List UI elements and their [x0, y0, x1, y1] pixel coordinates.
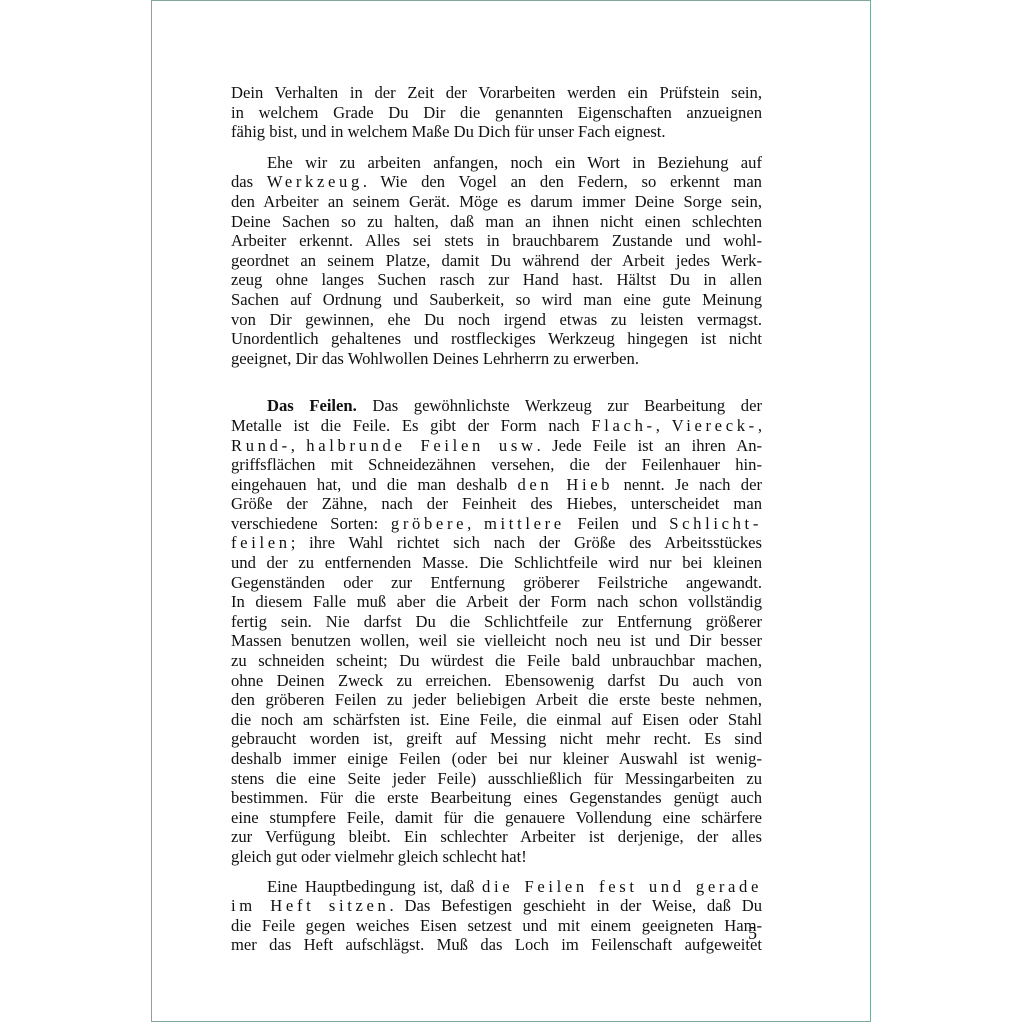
- text-line: Arbeiter erkennt. Alles sei stets in bra…: [231, 231, 762, 251]
- text-line: eine stumpfere Feile, damit für die gena…: [231, 808, 762, 828]
- text-line: zur Verfügung bleibt. Ein schlechter Arb…: [231, 827, 762, 847]
- spaced-emphasis: Flach-: [591, 416, 655, 435]
- text-line: Unordentlich gehaltenes und rostfleckige…: [231, 329, 762, 349]
- text-line: Eine Hauptbedingung ist, daß die Feilen …: [231, 877, 762, 897]
- text-line: die noch am schärfsten ist. Eine Feile, …: [231, 710, 762, 730]
- text-line: Ehe wir zu arbeiten anfangen, noch ein W…: [231, 153, 762, 173]
- text-line: Massen benutzen wollen, weil sie viellei…: [231, 631, 762, 651]
- text-line: Dein Verhalten in der Zeit der Vorarbeit…: [231, 83, 762, 103]
- page-number: 5: [748, 923, 757, 944]
- text-line: Sachen auf Ordnung und Sauberkeit, so wi…: [231, 290, 762, 310]
- text-line: mer das Heft aufschlägst. Muß das Loch i…: [231, 935, 762, 955]
- spaced-emphasis: Werkzeug: [267, 172, 363, 191]
- text-line: und der zu entfernenden Masse. Die Schli…: [231, 553, 762, 573]
- paragraph-gap: [231, 142, 762, 153]
- section-heading: Das Feilen.: [267, 396, 357, 415]
- text-line: Metalle ist die Feile. Es gibt der Form …: [231, 416, 762, 436]
- text-line: stens die eine Seite jeder Feile) aussch…: [231, 769, 762, 789]
- text-line: Das Feilen. Das gewöhnlichste Werkzeug z…: [231, 396, 762, 416]
- text-line: Deine Sachen so zu halten, daß man an ih…: [231, 212, 762, 232]
- spaced-emphasis: Schlicht-: [669, 514, 762, 533]
- spaced-emphasis: feilen: [231, 533, 291, 552]
- text-line: den Arbeiter an seinem Gerät. Möge es da…: [231, 192, 762, 212]
- text-line: Gegenständen oder zur Entfernung gröbere…: [231, 573, 762, 593]
- page-body: Dein Verhalten in der Zeit der Vorarbeit…: [231, 83, 762, 955]
- spaced-emphasis: die Feilen fest und gerade: [482, 877, 762, 896]
- text-line: Rund-, halbrunde Feilen usw. Jede Feile …: [231, 436, 762, 456]
- text-line: gleich gut oder vielmehr gleich schlecht…: [231, 847, 762, 867]
- text-line: eingehauen hat, und die man deshalb den …: [231, 475, 762, 495]
- text-line: In diesem Falle muß aber die Arbeit der …: [231, 592, 762, 612]
- text-line: fähig bist, und in welchem Maße Du Dich …: [231, 122, 762, 142]
- text-line: geordnet an seinem Platze, damit Du währ…: [231, 251, 762, 271]
- spaced-emphasis: halbrunde Feilen usw: [306, 436, 536, 455]
- spaced-emphasis: gröbere: [391, 514, 467, 533]
- text-line: zeug ohne langes Suchen rasch zur Hand h…: [231, 270, 762, 290]
- text-line: griffsflächen mit Schneidezähnen versehe…: [231, 455, 762, 475]
- text-line: gebraucht worden ist, greift auf Messing…: [231, 729, 762, 749]
- text-line: in welchem Grade Du Dir die genannten Ei…: [231, 103, 762, 123]
- spaced-emphasis: Viereck-: [672, 416, 758, 435]
- text-line: das Werkzeug. Wie den Vogel an den Feder…: [231, 172, 762, 192]
- spaced-emphasis: im Heft sitzen: [231, 896, 390, 915]
- spaced-emphasis: mittlere: [484, 514, 565, 533]
- text-line: verschiedene Sorten: gröbere, mittlere F…: [231, 514, 762, 534]
- section-gap: [231, 368, 762, 396]
- text-line: Größe der Zähne, nach der Feinheit des H…: [231, 494, 762, 514]
- text-line: bestimmen. Für die erste Bearbeitung ein…: [231, 788, 762, 808]
- paragraph-4-hauptbedingung: Eine Hauptbedingung ist, daß die Feilen …: [231, 877, 762, 955]
- text-line: zu schneiden scheint; Du würdest die Fei…: [231, 651, 762, 671]
- text-line: von Dir gewinnen, ehe Du noch irgend etw…: [231, 310, 762, 330]
- paragraph-2-werkzeug: Ehe wir zu arbeiten anfangen, noch ein W…: [231, 153, 762, 369]
- text-line: feilen; ihre Wahl richtet sich nach der …: [231, 533, 762, 553]
- paragraph-gap: [231, 867, 762, 877]
- text-line: den gröberen Feilen zu jeder beliebigen …: [231, 690, 762, 710]
- paragraph-1: Dein Verhalten in der Zeit der Vorarbeit…: [231, 83, 762, 142]
- paragraph-3-das-feilen: Das Feilen. Das gewöhnlichste Werkzeug z…: [231, 396, 762, 866]
- text-line: fertig sein. Nie darfst Du die Schlichtf…: [231, 612, 762, 632]
- text-line: ohne Deinen Zweck zu erreichen. Ebensowe…: [231, 671, 762, 691]
- text-line: die Feile gegen weiches Eisen setzest un…: [231, 916, 762, 936]
- text-line: deshalb immer einige Feilen (oder bei nu…: [231, 749, 762, 769]
- text-line: geeignet, Dir das Wohlwollen Deines Lehr…: [231, 349, 762, 369]
- spaced-emphasis: den Hieb: [517, 475, 613, 494]
- spaced-emphasis: Rund-: [231, 436, 291, 455]
- text-line: im Heft sitzen. Das Befestigen geschieht…: [231, 896, 762, 916]
